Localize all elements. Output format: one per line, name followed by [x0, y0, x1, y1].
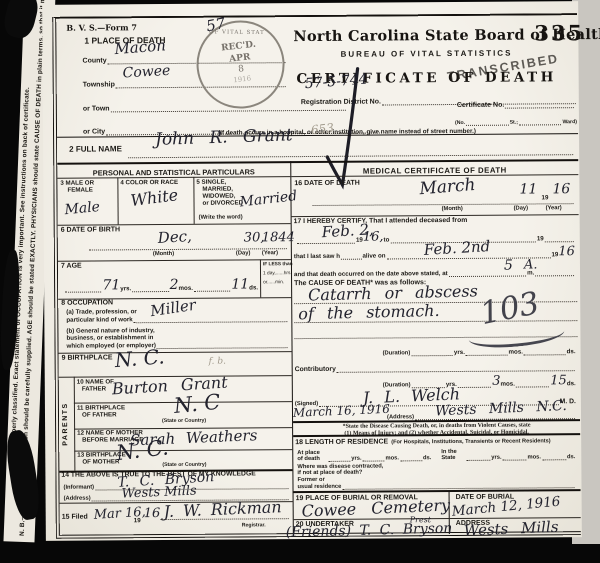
informant-caption: (Informant): [63, 485, 94, 491]
certificate-form: B. V. S.—Form 7 1 PLACE OF DEATH County …: [52, 13, 581, 539]
father-birthplace-row: 11 BIRTHPLACE OF FATHER (State or Countr…: [74, 401, 292, 430]
filed-row: 15 Filed Mar 16, 19 16 J. W. Rickman Reg…: [60, 501, 293, 535]
county-value: Macon: [114, 38, 166, 57]
marital-cell: 5 SINGLE, MARRIED, WIDOWED, or DIVORCED …: [193, 176, 290, 224]
sex-value: Male: [64, 200, 101, 217]
to-year-printed: 19: [537, 235, 544, 242]
duration-mos-unit: mos.: [509, 349, 524, 356]
age-months-value: 2: [170, 278, 179, 292]
dotted-rule: [545, 241, 574, 242]
dotted-rule: [89, 248, 287, 250]
street-ward-line: (No. St.; Ward): [455, 113, 577, 126]
father-bp-value: N. C: [173, 392, 221, 417]
sex-race-marital-row: 3 MALE OR FEMALE Male 4 COLOR OR RACE Wh…: [57, 176, 290, 226]
former-label2: usual residence: [297, 484, 341, 490]
dotted-rule: [505, 107, 574, 108]
mother-bp-label2: OF MOTHER: [82, 458, 119, 465]
undertaker-value: (Friends) T. C. Bryson: [286, 522, 453, 540]
month-caption: (Month): [153, 251, 174, 257]
residence-label: 18 LENGTH OF RESIDENCE: [295, 438, 388, 446]
parents-block: PARENTS 10 NAME OF FATHER Burton Grant 1…: [59, 375, 293, 473]
pencil-653: 653: [310, 122, 334, 136]
duration2-mos-unit: mos.: [500, 381, 515, 388]
in-state-ds: ds.: [567, 454, 575, 460]
duration2-mos-value: 3: [492, 375, 500, 388]
dod-month-caption: (Month): [442, 206, 463, 212]
street-no-label: (No.: [455, 120, 465, 126]
dotted-rule: [337, 370, 575, 373]
dotted-rule: [157, 347, 288, 349]
last-saw-value: Feb. 2nd: [423, 239, 490, 258]
if-less-label1: IF LESS than: [263, 262, 293, 267]
page-number: 335: [534, 20, 584, 45]
personal-column: PERSONAL AND STATISTICAL PARTICULARS 3 M…: [57, 161, 294, 535]
dotted-rule: [466, 355, 508, 356]
undertaker-note: Prest: [410, 516, 431, 524]
dotted-rule: [411, 355, 453, 356]
duration2-ds-unit: ds.: [567, 380, 576, 387]
birthplace-row: 9 BIRTHPLACE N. C. f. b.: [59, 351, 292, 378]
dotted-rule: [458, 387, 491, 388]
dod-year-caption: (Year): [546, 205, 562, 211]
last-saw-label1: that I last saw h: [294, 253, 340, 260]
certify-label: 17 I HEREBY CERTIFY, That I attended dec…: [294, 217, 468, 225]
city-label: or City: [83, 128, 105, 135]
sex-cell: 3 MALE OR FEMALE Male: [57, 177, 118, 224]
registrar-rule: [160, 509, 290, 520]
form-code: B. V. S.—Form 7: [66, 22, 137, 32]
dotted-rule: [134, 321, 288, 323]
last-saw-label2: alive on: [362, 252, 385, 259]
dob-year-value: 1844: [262, 231, 295, 244]
dod-year-value: 16: [552, 182, 570, 196]
race-value: White: [130, 187, 179, 209]
certificate-paper: B. V. S.—Form 7 1 PLACE OF DEATH County …: [42, 1, 582, 541]
in-state-line: yrs. mos. ds.: [465, 450, 575, 461]
township-value: Cowee: [122, 64, 170, 81]
duration-caption: (Duration): [383, 350, 411, 356]
at-place-ds: ds.: [423, 455, 431, 461]
year-caption: (Year): [262, 250, 278, 256]
org-title: North Carolina State Board of Health: [293, 26, 559, 45]
age-years-unit: yrs.: [120, 285, 131, 292]
age-label: 7 AGE: [61, 263, 82, 270]
race-cell: 4 COLOR OR RACE White: [117, 177, 194, 225]
duration2-ds-value: 15: [550, 374, 567, 387]
dotted-rule: [328, 461, 350, 462]
dotted-rule: [111, 110, 346, 113]
contributory-line: Contributory: [295, 359, 576, 373]
dotted-rule: [161, 518, 289, 520]
medical-column: MEDICAL CERTIFICATE OF DEATH 16 DATE OF …: [291, 159, 581, 533]
age-years-value: 71: [102, 278, 120, 292]
undertaker-address-value: Wests Mills: [464, 520, 559, 539]
dotted-rule: [400, 460, 422, 461]
mother-bp-value: N. C.: [115, 437, 169, 464]
mother-birthplace-row: 13 BIRTHPLACE OF MOTHER (State or Countr…: [74, 449, 292, 471]
filed-year-value: 16: [144, 507, 161, 520]
informant-address-caption: (Address): [64, 496, 91, 502]
dod-label: 16 DATE OF DEATH: [294, 180, 360, 187]
birthplace-label: 9 BIRTHPLACE: [62, 354, 113, 361]
dotted-rule: [503, 460, 527, 461]
dob-label: 6 DATE OF BIRTH: [61, 226, 120, 233]
duration-yrs-unit: yrs.: [454, 349, 465, 356]
filed-year-printed: 19: [134, 517, 141, 524]
in-state-label2: State: [441, 455, 455, 461]
dotted-rule: [65, 291, 101, 292]
dotted-rule: [297, 243, 355, 244]
mother-name-row: 12 NAME OF MOTHER BEFORE MARRIAGE Sarah …: [74, 427, 292, 452]
day-caption: (Day): [236, 250, 251, 256]
occupation-row: 8 OCCUPATION (a) Trade, profession, or p…: [58, 297, 291, 354]
dod-year-printed: 19: [541, 194, 548, 201]
death-time-value: 5: [504, 259, 513, 273]
dod-day-caption: (Day): [514, 205, 529, 211]
at-place-line: yrs. mos. ds.: [327, 451, 431, 462]
informant-address-value: Wests Mills: [121, 485, 197, 501]
occupation-label: 8 OCCUPATION: [61, 299, 113, 306]
certificate-no-label: Certificate No.: [457, 102, 505, 109]
dotted-rule: [341, 259, 362, 260]
at-place-mos: mos.: [385, 455, 399, 461]
dob-row: 6 DATE OF BIRTH Dec, 30, 1844 (Month) (D…: [58, 223, 291, 262]
attended-from-value: Feb. 2,: [321, 222, 374, 240]
dotted-rule: [449, 276, 526, 278]
occupation-b-line: which employed (or employer): [66, 340, 288, 350]
dotted-rule: [519, 124, 562, 125]
age-row: 7 AGE 71 yrs. 2 mos. 11 ds. IF LESS than…: [58, 259, 291, 300]
at-place-label2: of death: [297, 456, 320, 462]
parents-side-label: PARENTS: [62, 377, 70, 471]
registrar-caption: Registrar.: [242, 522, 266, 528]
dotted-rule: [535, 275, 574, 276]
father-bp-label2: OF FATHER: [82, 411, 117, 418]
dotted-rule: [132, 291, 168, 292]
dod-day-value: 11: [519, 182, 537, 196]
date-of-death-row: 16 DATE OF DEATH March 11 19 16 (Month) …: [291, 174, 578, 217]
death-occurred-label: and that death occurred on the date abov…: [294, 270, 448, 278]
dod-month-value: March: [419, 177, 476, 198]
residence-block: 18 LENGTH OF RESIDENCE (For Hospitals, I…: [293, 433, 580, 493]
father-label2: FATHER: [82, 385, 106, 392]
certificate-no-line: Certificate No.: [457, 95, 575, 109]
dotted-rule: [524, 354, 566, 355]
if-less-box: IF LESS than 1 day,......hrs. or......mi…: [260, 259, 292, 297]
filed-label: 15 Filed: [62, 514, 88, 521]
state-country-caption2: (State or Country): [162, 462, 206, 468]
age-line: 71 yrs. 2 mos. 11 ds.: [64, 275, 258, 292]
pencil-district-number: 57: [205, 16, 226, 34]
last-saw-year-value: 16: [558, 245, 575, 258]
dotted-rule: [516, 386, 549, 387]
marital-value: Married: [239, 189, 298, 209]
cause-line1-value: Catarrh or abscess: [308, 283, 478, 303]
certify-block: 17 I HEREBY CERTIFY, That I attended dec…: [292, 214, 579, 286]
burial-block: 19 PLACE OF BURIAL OR REMOVAL Cowee Ceme…: [294, 489, 581, 535]
state-country-caption: (State or Country): [162, 418, 206, 424]
dob-month-value: Dec,: [157, 229, 192, 246]
dotted-rule: [542, 459, 566, 460]
to-word: to: [384, 236, 390, 243]
dotted-rule: [466, 460, 490, 461]
dotted-rule: [466, 125, 509, 126]
street-label: St.;: [510, 120, 518, 126]
duration-ds-unit: ds.: [567, 348, 576, 355]
at-place-yrs: yrs.: [351, 456, 361, 462]
age-months-unit: mos.: [179, 285, 194, 292]
if-less-label2: 1 day,......hrs.: [263, 271, 292, 276]
death-time-suffix: A.: [524, 258, 538, 271]
occupation-a-label2: particular kind of work: [66, 316, 132, 323]
county-label: County: [83, 57, 107, 64]
in-state-yrs: yrs.: [491, 455, 501, 461]
birthplace-pencil-note: f. b.: [209, 358, 226, 367]
age-days-value: 11: [231, 277, 249, 291]
birthplace-value: N. C.: [114, 346, 165, 370]
full-name-value: John R. Grant: [155, 127, 293, 149]
full-name-label: 2 FULL NAME: [69, 144, 122, 153]
contributory-label: Contributory: [295, 366, 336, 373]
last-saw-year-printed: 19: [551, 251, 558, 258]
contracted-label2: if not at place of death?: [297, 470, 362, 476]
in-state-mos: mos.: [527, 454, 541, 460]
dotted-rule: [194, 291, 230, 292]
if-less-label3: or......min.: [263, 280, 284, 285]
dotted-rule: [363, 460, 385, 461]
town-label: or Town: [83, 105, 110, 112]
township-label: Township: [83, 81, 115, 88]
sex-label2: FEMALE: [67, 187, 92, 194]
ward-label: Ward): [562, 119, 577, 125]
residence-label-sub: (For Hospitals, Institutions, Transients…: [391, 438, 550, 445]
age-days-unit: ds.: [249, 284, 258, 291]
cause-line2-value: of the stomach.: [298, 303, 440, 322]
marital-label4: or DIVORCED: [203, 199, 244, 206]
marital-subcap: (Write the word): [199, 214, 243, 220]
